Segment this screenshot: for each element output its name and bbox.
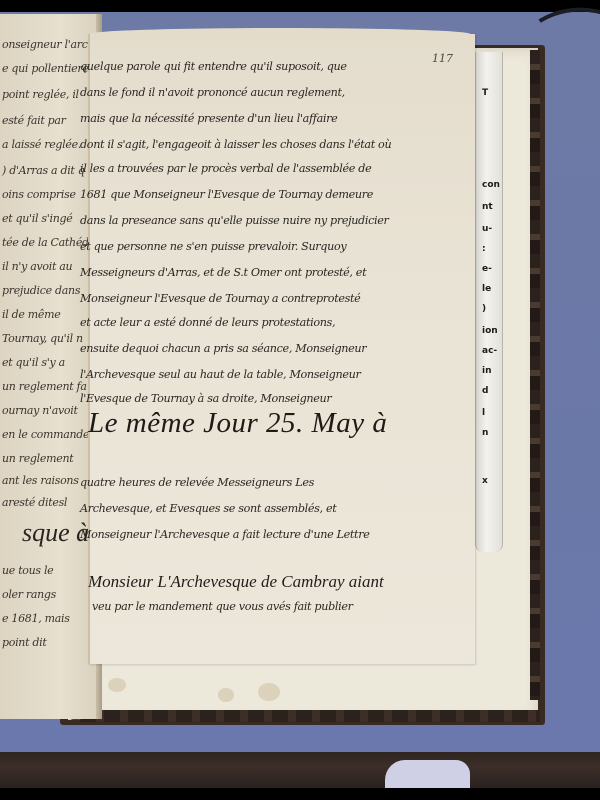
- manuscript-line: quatre heures de relevée Messeigneurs Le…: [80, 476, 314, 489]
- left-text-line: prejudice dans: [2, 284, 80, 297]
- bottom-letterbox: [0, 788, 600, 800]
- paper-stain: [108, 678, 126, 692]
- left-text-line: esté fait par: [2, 114, 66, 127]
- manuscript-line: et que personne ne s'en puisse prevaloir…: [80, 240, 346, 253]
- strip-fragment: in: [482, 366, 492, 376]
- strip-fragment: ): [482, 304, 486, 314]
- left-text-line: oins comprise: [2, 188, 76, 201]
- page-top-edge: [90, 28, 470, 40]
- strip-fragment: T: [482, 88, 488, 98]
- left-text-line: aresté ditesl: [2, 496, 67, 509]
- manuscript-line: dans le fond il n'avoit prononcé aucun r…: [80, 86, 345, 99]
- manuscript-line: mais que la nécessité presente d'un lieu…: [80, 112, 337, 125]
- left-text-line: oler rangs: [2, 588, 56, 601]
- manuscript-line: Monseigneur l'Evesque de Tournay a contr…: [80, 292, 360, 305]
- manuscript-line: l'Archevesque seul au haut de la table, …: [80, 368, 360, 381]
- strip-fragment: con: [482, 180, 500, 190]
- strip-fragment: nt: [482, 202, 493, 212]
- left-text-line: il n'y avoit au: [2, 260, 72, 273]
- section-heading: Le même Jour 25. May à: [88, 407, 387, 440]
- left-text-line: e qui pollentiere: [2, 62, 89, 75]
- strip-fragment: l: [482, 408, 485, 418]
- left-text-line: ue tous le: [2, 564, 53, 577]
- strip-fragment: ion: [482, 326, 498, 336]
- manuscript-line: veu par le mandement que vous avés fait …: [92, 600, 353, 613]
- left-text-line: un reglement: [2, 452, 73, 465]
- left-text-line: et qu'il s'y a: [2, 356, 65, 369]
- strip-fragment: :: [482, 244, 486, 254]
- damaged-right-edge: [530, 50, 540, 700]
- strip-fragment: e-: [482, 264, 492, 274]
- manuscript-line: Archevesque, et Evesques se sont assembl…: [80, 502, 336, 515]
- left-text-line: et qu'il s'ingé: [2, 212, 72, 225]
- table-edge: [0, 752, 600, 788]
- left-text-line: Tournay, qu'il n: [2, 332, 83, 345]
- manuscript-line: 1681 que Monseigneur l'Evesque de Tourna…: [80, 188, 373, 201]
- strip-fragment: n: [482, 428, 488, 438]
- manuscript-line: Monseigneur l'Archevesque a fait lecture…: [80, 528, 369, 541]
- paper-stain: [218, 688, 234, 702]
- manuscript-line: ensuite dequoi chacun a pris sa séance, …: [80, 342, 366, 355]
- letter-opening: Monsieur L'Archevesque de Cambray aiant: [88, 572, 384, 592]
- damaged-bottom-edge: [80, 710, 540, 722]
- left-text-line: a laissé reglée.: [2, 138, 81, 151]
- left-text-line: en le commandem: [2, 428, 99, 441]
- manuscript-line: il les a trouvées par le procès verbal d…: [80, 162, 371, 175]
- manuscript-line: Messeigneurs d'Arras, et de S.t Omer ont…: [80, 266, 366, 279]
- left-text-line: e 1681, mais: [2, 612, 70, 625]
- strip-fragment: u-: [482, 224, 492, 234]
- manuscript-line: quelque parole qui fit entendre qu'il su…: [80, 60, 347, 73]
- top-letterbox: [0, 0, 600, 12]
- left-text-line: il de même: [2, 308, 60, 321]
- manuscript-line: et acte leur a esté donné de leurs prote…: [80, 316, 335, 329]
- strip-fragment: x: [482, 476, 488, 486]
- manuscript-line: l'Evesque de Tournay à sa droite, Monsei…: [80, 392, 331, 405]
- left-text-line: point reglée, il: [2, 88, 79, 101]
- manuscript-line: dans la preseance sans qu'elle puisse nu…: [80, 214, 389, 227]
- left-text-line: ) d'Arras a dit q: [2, 164, 85, 177]
- left-text-line: ournay n'avoit: [2, 404, 78, 417]
- margin-strip: [475, 52, 503, 552]
- left-text-line: point dit: [2, 636, 46, 649]
- left-text-line: ant les raisons: [2, 474, 79, 487]
- left-text-line: un reglement fa: [2, 380, 87, 393]
- manuscript-line: dont il s'agit, l'engageoit à laisser le…: [80, 138, 391, 151]
- paper-stain: [258, 683, 280, 701]
- white-cloth: [385, 760, 470, 790]
- strip-fragment: ac-: [482, 346, 497, 356]
- page-number: 117: [432, 52, 453, 65]
- strip-fragment: le: [482, 284, 491, 294]
- strip-fragment: d: [482, 386, 488, 396]
